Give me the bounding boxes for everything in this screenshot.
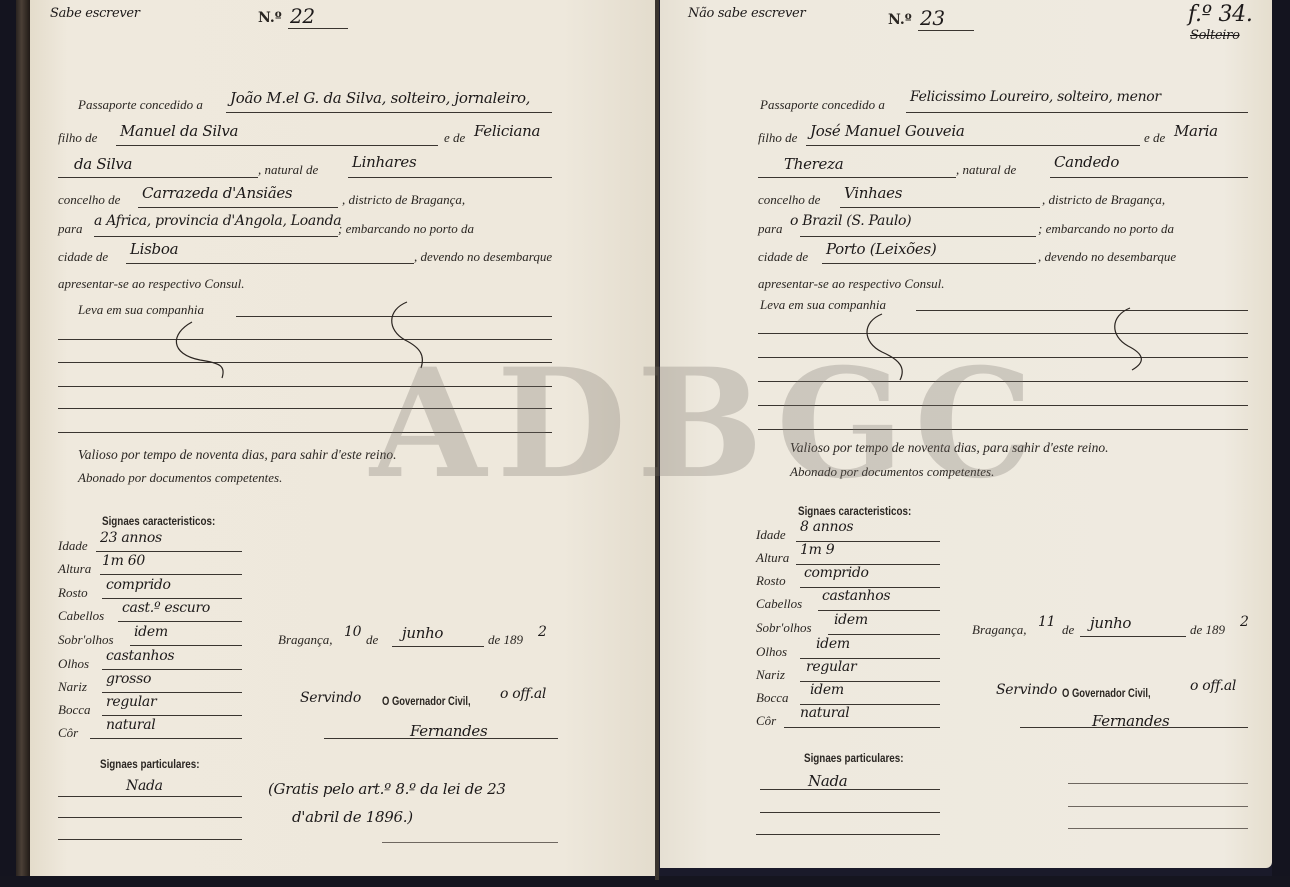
label-mouth: Bocca [58,702,90,718]
mouth-value: idem [810,682,844,698]
port-city: Porto (Leixões) [826,240,936,258]
port-city-rule [126,263,414,264]
label-municipality: concelho de [58,192,120,208]
mother-name-line1: Maria [1174,122,1218,140]
companion-rule-1 [58,339,552,340]
right-page-passport-23: Não sabe escrever N.º 23 f.º 34. Solteir… [660,0,1272,868]
height-value: 1m 60 [102,553,145,569]
label-place: Bragança, [972,622,1027,638]
birthplace: Linhares [352,153,416,171]
particular-signs-heading: Signaes particulares: [100,757,200,771]
mother-name-line2: da Silva [74,155,132,173]
holder-name: João M.el G. da Silva, solteiro, jornale… [230,89,530,107]
height-value: 1m 9 [800,542,834,558]
municipality: Vinhaes [844,184,902,202]
label-city-of: cidade de [758,249,808,265]
particular-rule-2 [58,817,242,818]
right-cancel-brace-icon [1108,306,1168,376]
label-height: Altura [756,550,789,566]
note-rule-2 [1068,806,1248,807]
governor-title: O Governador Civil, [382,696,471,708]
municipality-rule [138,207,338,208]
label-embarking: ; embarcando no porto da [338,221,474,237]
companion-rule-4 [758,405,1248,406]
particular-signs-value: Nada [808,772,847,790]
destination: a Africa, provincia d'Angola, Loanda [94,213,341,229]
nose-value: regular [806,659,856,675]
age-rule [96,551,242,552]
label-date-de: de [366,632,378,648]
margin-note: Não sabe escrever [688,6,805,21]
companion-rule-5 [58,432,552,433]
passport-number-label: N.º [258,10,282,26]
vouched-text: Abonado por documentos competentes. [78,470,282,486]
folio-note: Solteiro [1190,28,1240,43]
characteristic-signs-heading: Signaes caracteristicos: [102,514,215,528]
companion-rule-2 [758,357,1248,358]
label-on-landing: , devendo no desembarque [414,249,552,265]
port-city-rule [822,263,1036,264]
validity-text: Valioso por tempo de noventa dias, para … [78,447,397,463]
label-to: para [758,221,783,237]
face-value: comprido [106,577,171,593]
age-value: 8 annos [800,519,853,535]
label-on-landing: , devendo no desembarque [1038,249,1176,265]
signature-rule [1020,727,1248,728]
label-age: Idade [756,527,786,543]
label-son-of: filho de [758,130,797,146]
label-face: Rosto [756,573,786,589]
eyebrows-value: idem [834,612,868,628]
birthplace-rule [348,177,552,178]
folio-reference: f.º 34. [1188,2,1253,27]
particular-signs-heading: Signaes particulares: [804,751,904,765]
companion-rule-5 [758,429,1248,430]
father-name: José Manuel Gouveia [810,122,965,140]
father-name: Manuel da Silva [120,122,238,140]
destination-rule [800,236,1036,237]
signature-rule [324,738,558,739]
holder-name: Felicissimo Loureiro, solteiro, menor [910,89,1161,105]
birthplace: Candedo [1054,153,1119,171]
mouth-rule [102,715,242,716]
date-month: junho [1090,614,1131,632]
particular-rule-1 [760,789,940,790]
particular-rule-2 [760,812,940,813]
eyebrows-value: idem [134,624,168,640]
note-rule-1 [1068,783,1248,784]
characteristic-signs-heading: Signaes caracteristicos: [798,504,911,518]
eyebrows-rule [130,645,242,646]
label-place: Bragança, [278,632,333,648]
label-accompanied-by: Leva em sua companhia [760,297,886,313]
label-accompanied-by: Leva em sua companhia [78,302,204,318]
passport-number-label: N.º [888,12,912,28]
label-son-of: filho de [58,130,97,146]
colour-value: natural [800,705,849,721]
left-cancel-brace-icon [860,312,930,382]
face-rule [102,598,242,599]
companion-rule-0 [916,310,1248,311]
label-face: Rosto [58,585,88,601]
number-underline [918,30,974,31]
label-mouth: Bocca [756,690,788,706]
date-month: junho [402,624,443,642]
signature-suffix: o off.al [1190,678,1236,694]
note-rule-3 [1068,828,1248,829]
mother-rule [758,177,956,178]
father-rule [116,145,438,146]
label-colour: Côr [756,713,776,729]
label-passport-granted: Passaporte concedido a [78,97,203,113]
label-present-consul: apresentar-se ao respectivo Consul. [758,276,945,292]
label-to: para [58,221,83,237]
companion-rule-1 [758,333,1248,334]
left-cancel-brace-icon [170,320,250,380]
month-rule [1080,636,1186,637]
label-city-of: cidade de [58,249,108,265]
hair-rule [118,621,242,622]
label-hair: Cabellos [756,596,802,612]
label-district: , districto de Bragança, [1042,192,1165,208]
label-colour: Côr [58,725,78,741]
date-day: 11 [1038,614,1055,630]
holder-rule [226,112,552,113]
gratis-note-line1: (Gratis pelo art.º 8.º da lei de 23 [268,780,506,798]
companion-rule-4 [58,408,552,409]
birthplace-rule [1050,177,1248,178]
passport-number: 22 [290,4,315,28]
date-day: 10 [344,624,361,640]
label-and-of: e de [1144,130,1165,146]
label-eyes: Olhos [58,656,89,672]
eyes-rule [102,669,242,670]
open-register-book: Sabe escrever N.º 22 Passaporte concedid… [0,0,1290,887]
book-spine-edge [16,0,30,878]
background-table [0,876,1290,887]
label-embarking: ; embarcando no porto da [1038,221,1174,237]
label-district: , districto de Bragança, [342,192,465,208]
label-eyebrows: Sobr'olhos [756,620,812,636]
mother-rule [58,177,258,178]
margin-note: Sabe escrever [50,6,140,21]
label-native-of: , natural de [258,162,318,178]
label-hair: Cabellos [58,608,104,624]
port-city: Lisboa [130,240,178,258]
destination: o Brazil (S. Paulo) [790,213,911,229]
eyebrows-rule [828,634,940,635]
gratis-note-line2: d'abril de 1896.) [292,808,413,826]
label-native-of: , natural de [956,162,1016,178]
face-value: comprido [804,565,869,581]
particular-signs-value: Nada [126,778,163,794]
label-age: Idade [58,538,88,554]
validity-text: Valioso por tempo de noventa dias, para … [790,440,1109,456]
label-eyebrows: Sobr'olhos [58,632,114,648]
signature-suffix: o off.al [500,686,546,702]
label-date-de: de [1062,622,1074,638]
left-page-passport-22: Sabe escrever N.º 22 Passaporte concedid… [30,0,656,876]
eyes-value: idem [816,636,850,652]
companion-rule-3 [758,381,1248,382]
nose-rule [102,692,242,693]
year-digit: 2 [538,624,547,640]
label-year: de 189 [488,632,523,648]
colour-value: natural [106,717,155,733]
governor-title: O Governador Civil, [1062,688,1151,700]
book-gutter-binding [655,0,659,880]
vouched-text: Abonado por documentos competentes. [790,464,994,480]
month-rule [392,646,484,647]
book-cover-right [1272,0,1290,887]
age-value: 23 annos [100,530,162,546]
particular-rule-3 [756,834,940,835]
destination-rule [94,236,338,237]
father-rule [806,145,1140,146]
label-present-consul: apresentar-se ao respectivo Consul. [58,276,245,292]
hair-value: cast.º escuro [122,600,210,616]
companion-rule-3 [58,386,552,387]
label-year: de 189 [1190,622,1225,638]
passport-number: 23 [920,6,945,30]
municipality-rule [840,207,1040,208]
mother-name-line1: Feliciana [474,122,540,140]
destination-article: a [94,213,102,229]
label-municipality: concelho de [758,192,820,208]
destination-text: Africa, provincia d'Angola, Loanda [106,213,341,229]
signature-prefix: Servindo [996,682,1057,698]
mouth-value: regular [106,694,156,710]
label-and-of: e de [444,130,465,146]
note-rule [382,842,558,843]
particular-rule-1 [58,796,242,797]
companion-rule-2 [58,362,552,363]
mother-name-line2: Thereza [784,155,843,173]
label-nose: Nariz [58,679,87,695]
eyes-value: castanhos [106,648,174,664]
holder-rule [906,112,1248,113]
height-rule [100,574,242,575]
hair-value: castanhos [822,588,890,604]
municipality: Carrazeda d'Ansiães [142,184,292,202]
label-eyes: Olhos [756,644,787,660]
particular-rule-3 [58,839,242,840]
colour-rule [90,738,242,739]
label-height: Altura [58,561,91,577]
number-underline [288,28,348,29]
destination-article: o [790,213,798,229]
year-digit: 2 [1240,614,1249,630]
right-cancel-brace-icon [385,300,445,370]
destination-text: Brazil (S. Paulo) [802,213,911,229]
hair-rule [818,610,940,611]
nose-value: grosso [106,671,151,687]
label-passport-granted: Passaporte concedido a [760,97,885,113]
colour-rule [784,727,940,728]
signature-prefix: Servindo [300,690,361,706]
label-nose: Nariz [756,667,785,683]
